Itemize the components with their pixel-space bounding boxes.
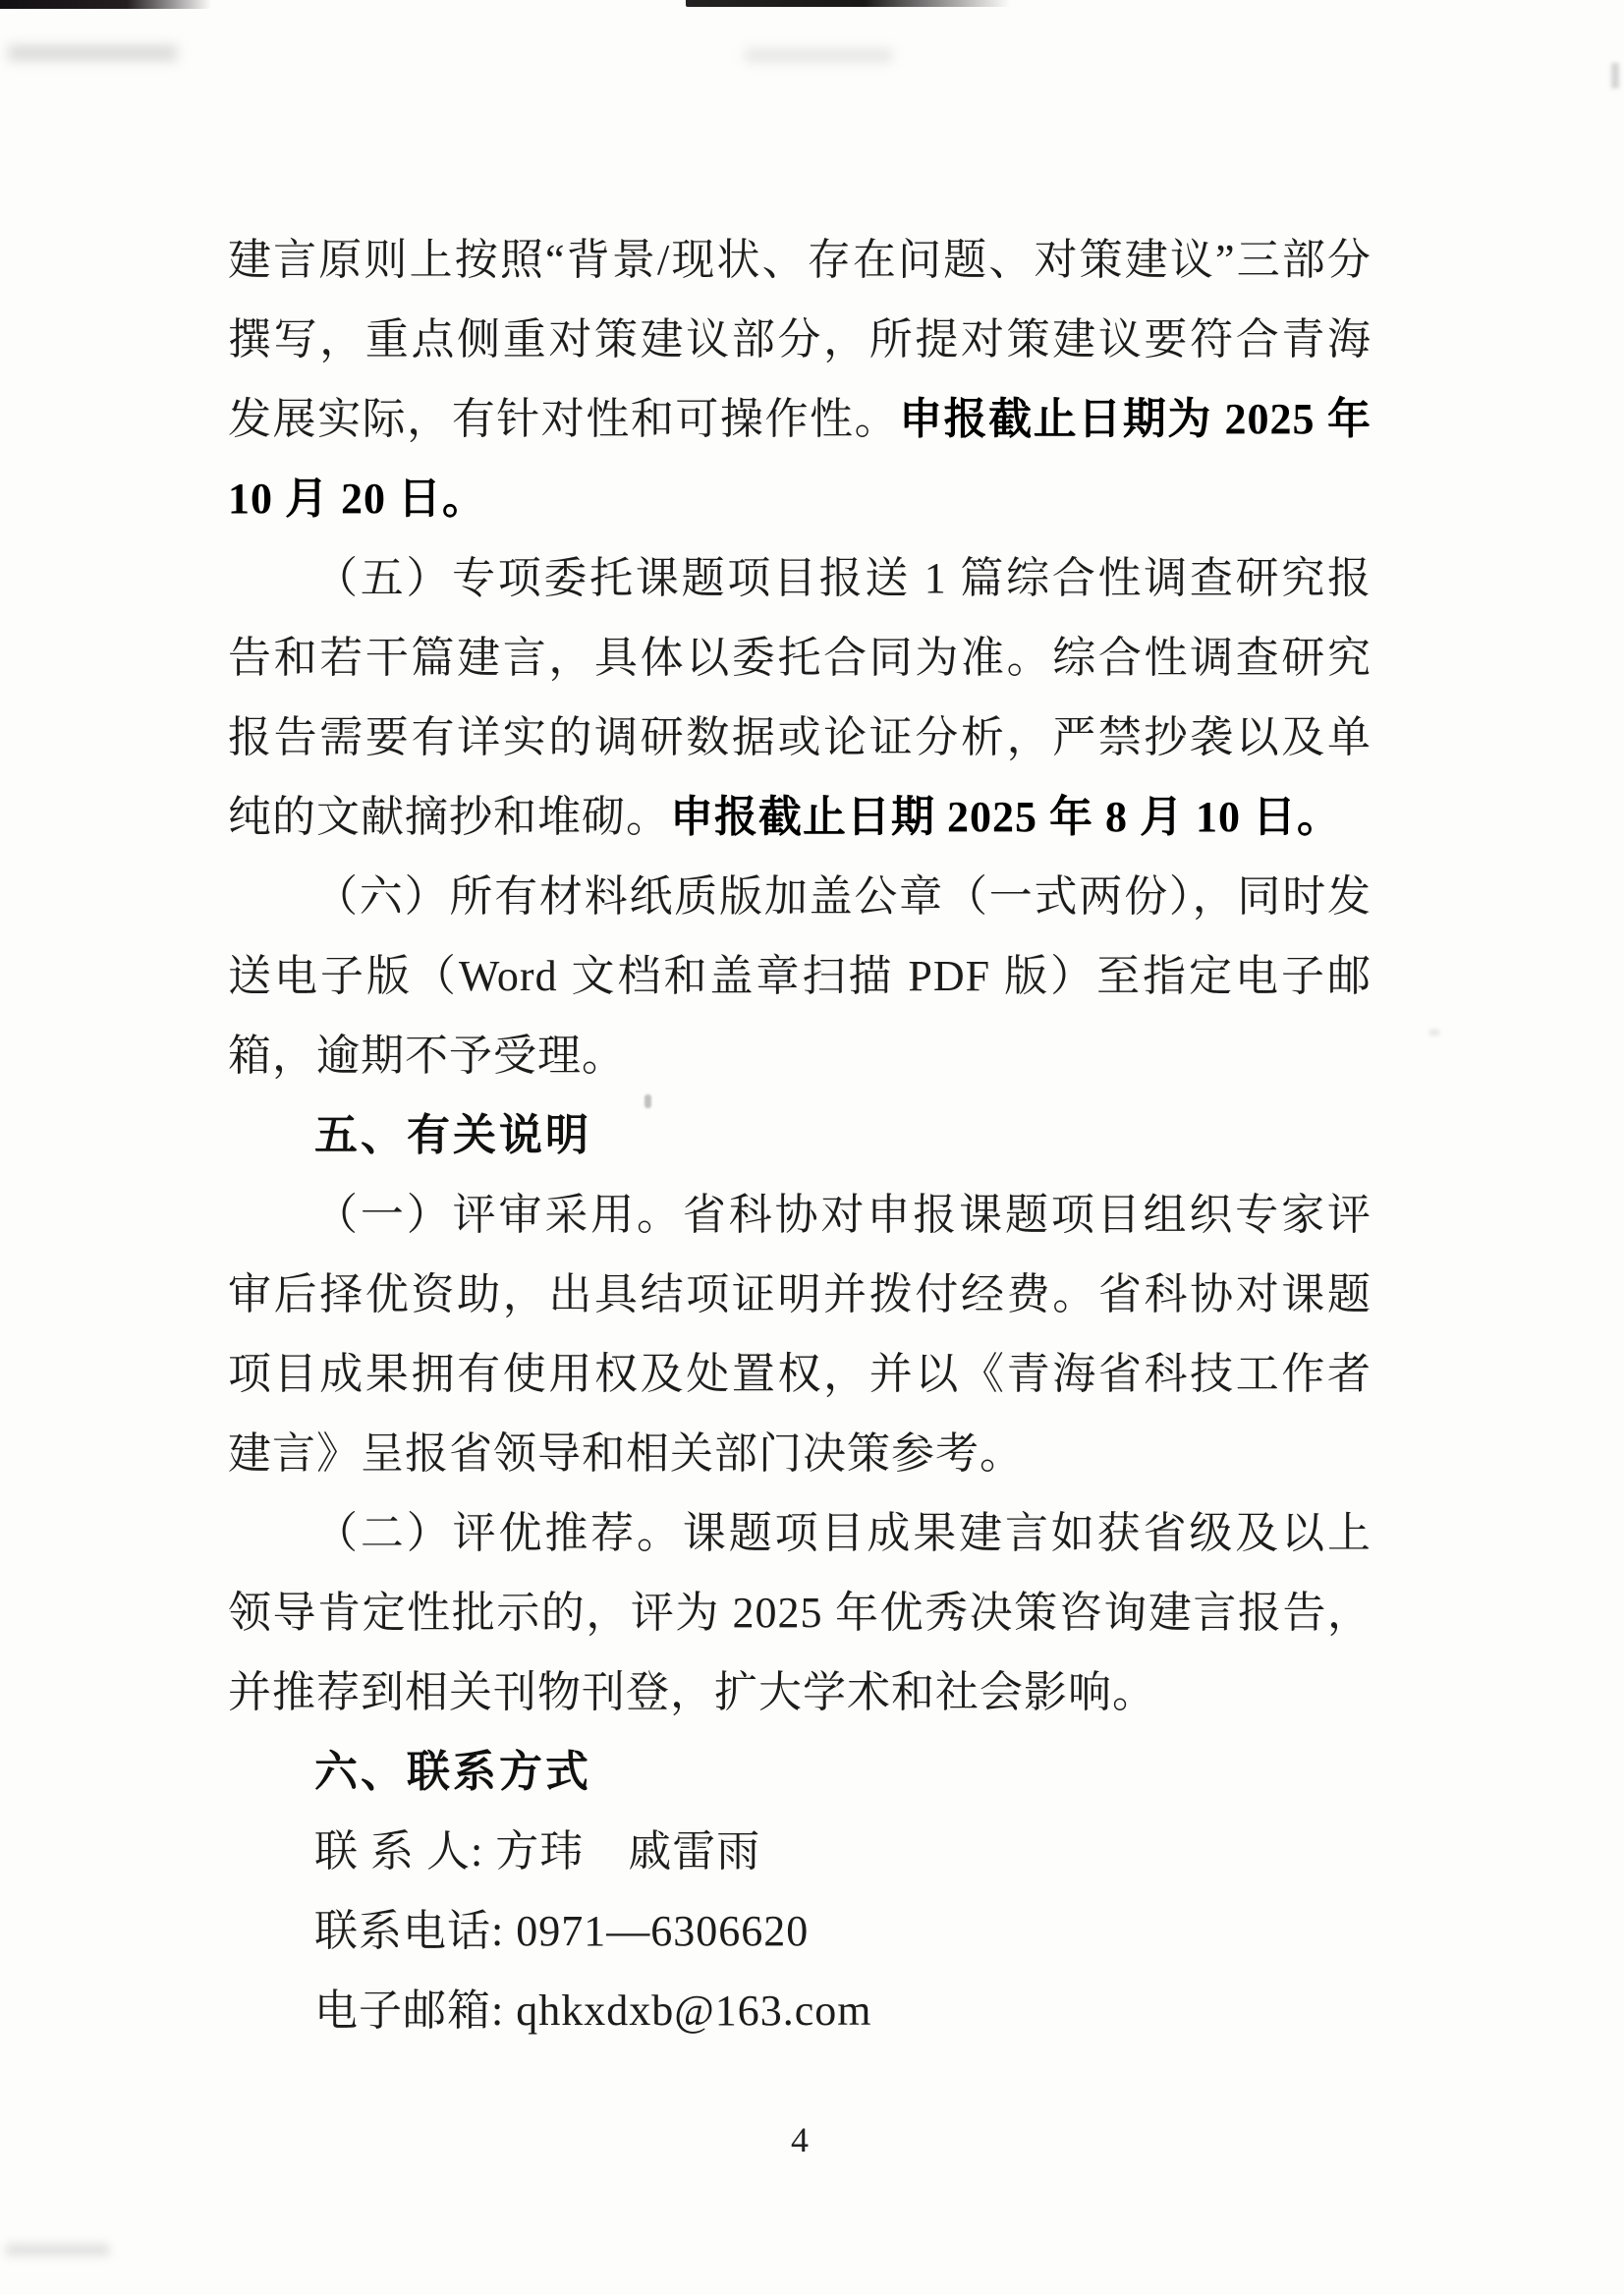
page-number: 4 — [228, 2120, 1372, 2159]
scan-speck-right-edge — [1611, 63, 1619, 88]
scan-smudge-top-middle — [745, 49, 892, 62]
document-page: 建言原则上按照“背景/现状、存在问题、对策建议”三部分撰写，重点侧重对策建议部分… — [0, 0, 1624, 2295]
section-heading-5: 五、有关说明 — [314, 1095, 1372, 1175]
contact-phone: 联系电话: 0971—6306620 — [314, 1891, 1372, 1971]
scan-artifact-top-middle-strip — [686, 0, 1010, 7]
paragraph-note-2: （二）评优推荐。课题项目成果建言如获省级及以上领导肯定性批示的，评为 2025 … — [228, 1493, 1372, 1732]
contact-person: 联 系 人: 方玮 戚雷雨 — [314, 1812, 1372, 1891]
scan-speck-right-mid — [1429, 1030, 1439, 1036]
text-segment: （二）评优推荐。课题项目成果建言如获省级及以上领导肯定性批示的，评为 2025 … — [228, 1509, 1372, 1716]
text-segment: 联系电话: 0971—6306620 — [314, 1907, 809, 1955]
document-content: 建言原则上按照“背景/现状、存在问题、对策建议”三部分撰写，重点侧重对策建议部分… — [228, 220, 1372, 2050]
text-segment: （六）所有材料纸质版加盖公章（一式两份），同时发送电子版（Word 文档和盖章扫… — [228, 872, 1372, 1080]
text-segment: 联 系 人: 方玮 戚雷雨 — [314, 1827, 760, 1875]
paragraph-item-6: （六）所有材料纸质版加盖公章（一式两份），同时发送电子版（Word 文档和盖章扫… — [228, 857, 1372, 1095]
scan-smudge-top-left — [8, 45, 177, 61]
deadline-emphasis: 申报截止日期 2025 年 8 月 10 日。 — [670, 793, 1341, 841]
section-heading-6: 六、联系方式 — [314, 1732, 1372, 1812]
text-segment: 电子邮箱: qhkxdxb@163.com — [314, 1987, 872, 2035]
paragraph-note-1: （一）评审采用。省科协对申报课题项目组织专家评审后择优资助，出具结项证明并拨付经… — [228, 1175, 1372, 1493]
contact-email: 电子邮箱: qhkxdxb@163.com — [314, 1971, 1372, 2050]
deadline-emphasis: 五、有关说明 — [314, 1111, 591, 1159]
scan-artifact-top-left-strip — [0, 0, 211, 9]
paragraph-item-5: （五）专项委托课题项目报送 1 篇综合性调查研究报告和若干篇建言，具体以委托合同… — [228, 538, 1372, 857]
deadline-emphasis: 六、联系方式 — [314, 1748, 591, 1796]
scan-smudge-bottom-left — [6, 2244, 109, 2256]
text-segment: （一）评审采用。省科协对申报课题项目组织专家评审后择优资助，出具结项证明并拨付经… — [228, 1191, 1372, 1478]
paragraph-continuation: 建言原则上按照“背景/现状、存在问题、对策建议”三部分撰写，重点侧重对策建议部分… — [228, 220, 1372, 538]
